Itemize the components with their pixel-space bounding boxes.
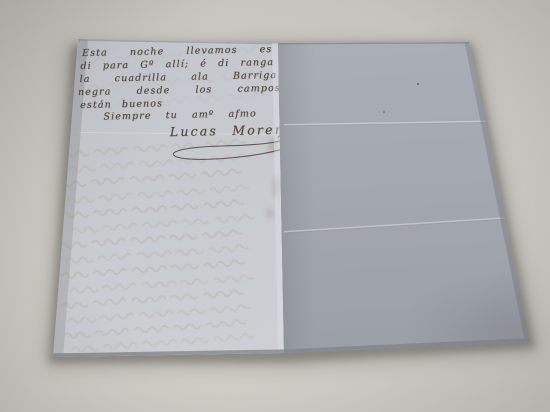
closing-line: Siempre tu amº afmo xyxy=(103,108,257,122)
handwriting-line-5: están buenos xyxy=(80,98,163,111)
paper-speck xyxy=(383,111,385,113)
letter-photograph: Esta noche llevamos es di para Gº allí; … xyxy=(0,0,550,412)
handwriting-line-4: negra desde los campos, xyxy=(78,83,285,98)
